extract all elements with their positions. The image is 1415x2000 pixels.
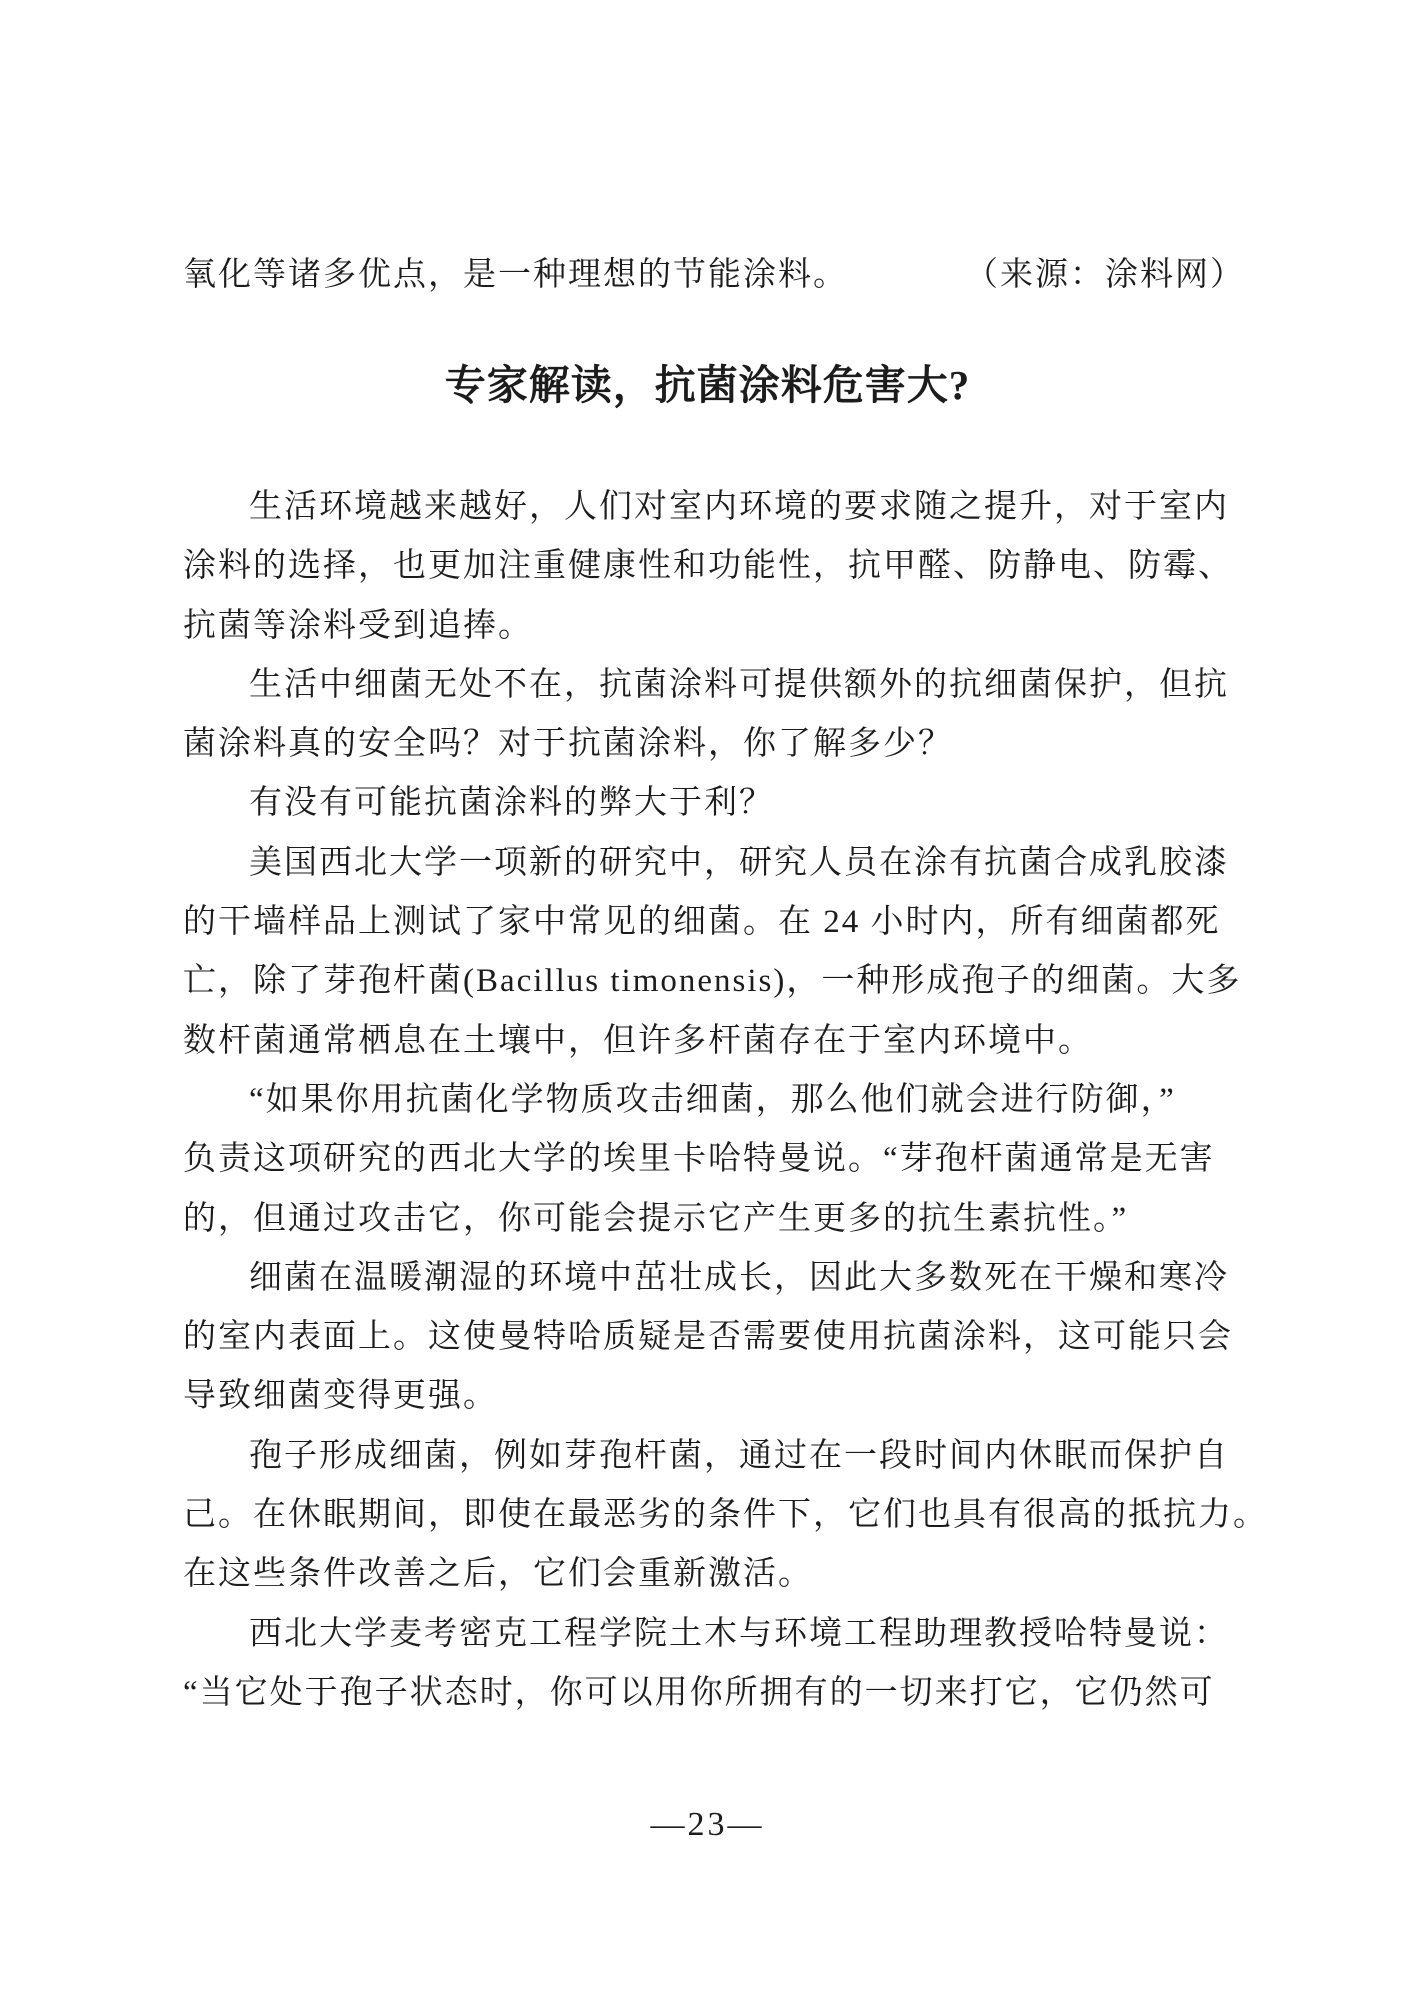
body-line: 西北大学麦考密克工程学院土木与环境工程助理教授哈特曼说： (183, 1605, 1245, 1664)
body-line: 抗菌等涂料受到追捧。 (183, 597, 1245, 656)
body-line: 美国西北大学一项新的研究中，研究人员在涂有抗菌合成乳胶漆 (183, 834, 1245, 893)
body-line: 生活中细菌无处不在，抗菌涂料可提供额外的抗细菌保护，但抗 (183, 656, 1245, 715)
body-line: 菌涂料真的安全吗？对于抗菌涂料，你了解多少？ (183, 715, 1245, 774)
body-line: 数杆菌通常栖息在土壤中，但许多杆菌存在于室内环境中。 (183, 1012, 1245, 1071)
body-line: 的干墙样品上测试了家中常见的细菌。在 24 小时内，所有细菌都死 (183, 893, 1245, 952)
body-line: 亡，除了芽孢杆菌(Bacillus timonensis)，一种形成孢子的细菌。… (183, 952, 1245, 1011)
body-line: “如果你用抗菌化学物质攻击细菌，那么他们就会进行防御，” (183, 1071, 1245, 1130)
page-number: —23— (0, 1806, 1415, 1844)
carryover-text: 氧化等诸多优点，是一种理想的节能涂料。 (183, 248, 848, 295)
body-line: “当它处于孢子状态时，你可以用你所拥有的一切来打它，它仍然可 (183, 1664, 1245, 1723)
body-line: 有没有可能抗菌涂料的弊大于利？ (183, 774, 1245, 833)
article-title: 专家解读，抗菌涂料危害大? (0, 352, 1415, 411)
source-attribution: （来源：涂料网） (965, 248, 1245, 295)
document-page: 氧化等诸多优点，是一种理想的节能涂料。 （来源：涂料网） 专家解读，抗菌涂料危害… (0, 0, 1415, 2000)
body-line: 生活环境越来越好，人们对室内环境的要求随之提升，对于室内 (183, 478, 1245, 537)
body-line: 的，但通过攻击它，你可能会提示它产生更多的抗生素抗性。” (183, 1190, 1245, 1249)
body-line: 负责这项研究的西北大学的埃里卡哈特曼说。“芽孢杆菌通常是无害 (183, 1130, 1245, 1189)
body-line: 孢子形成细菌，例如芽孢杆菌，通过在一段时间内休眠而保护自 (183, 1427, 1245, 1486)
body-line: 在这些条件改善之后，它们会重新激活。 (183, 1545, 1245, 1604)
article-body: 生活环境越来越好，人们对室内环境的要求随之提升，对于室内 涂料的选择，也更加注重… (183, 478, 1245, 1723)
body-line: 己。在休眠期间，即使在最恶劣的条件下，它们也具有很高的抵抗力。 (183, 1486, 1245, 1545)
body-line: 的室内表面上。这使曼特哈质疑是否需要使用抗菌涂料，这可能只会 (183, 1308, 1245, 1367)
body-line: 细菌在温暖潮湿的环境中茁壮成长，因此大多数死在干燥和寒冷 (183, 1249, 1245, 1308)
body-line: 涂料的选择，也更加注重健康性和功能性，抗甲醛、防静电、防霉、 (183, 537, 1245, 596)
body-line: 导致细菌变得更强。 (183, 1367, 1245, 1426)
carryover-line: 氧化等诸多优点，是一种理想的节能涂料。 （来源：涂料网） (183, 248, 1245, 295)
